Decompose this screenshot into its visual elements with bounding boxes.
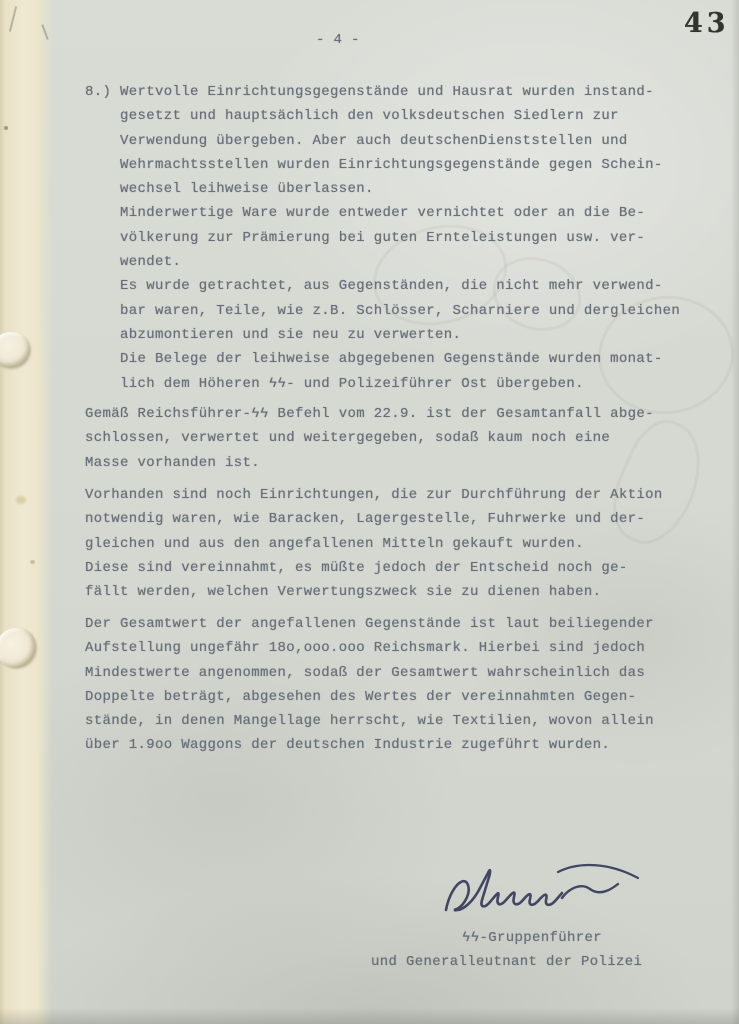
paragraph-gesamtwert: Der Gesamtwert der angefallenen Gegenstä… [85, 612, 654, 758]
signature-stroke [558, 865, 638, 878]
paper-stain [4, 126, 8, 130]
scan-edge-shadow [0, 1008, 739, 1024]
signature-title-line-1: ϟϟ-Gruppenführer [462, 926, 602, 950]
paper-stain [30, 560, 35, 564]
scanned-document-page: 43 - 4 - 8.) Wertvolle Einrichtungsgegen… [0, 0, 739, 1024]
item-8-paragraph: Wertvolle Einrichtungsgegenstände und Ha… [120, 80, 680, 396]
binding-edge-strip [0, 0, 52, 1024]
paragraph-vorhandene-einrichtungen: Vorhanden sind noch Einrichtungen, die z… [85, 483, 663, 604]
signature-stroke [446, 870, 562, 910]
paper-stain [16, 496, 26, 504]
paragraph-reichsfuehrer-befehl: Gemäß Reichsführer-ϟϟ Befehl vom 22.9. i… [85, 402, 654, 475]
signature-title-line-2: und Generalleutnant der Polizei [371, 950, 642, 974]
page-number: - 4 - [316, 28, 360, 52]
item-number: 8.) [85, 80, 111, 104]
signature-stroke [562, 884, 618, 898]
handwritten-signature [438, 858, 650, 930]
archive-page-stamp: 43 [684, 8, 730, 39]
scan-edge-shadow [731, 0, 739, 1024]
